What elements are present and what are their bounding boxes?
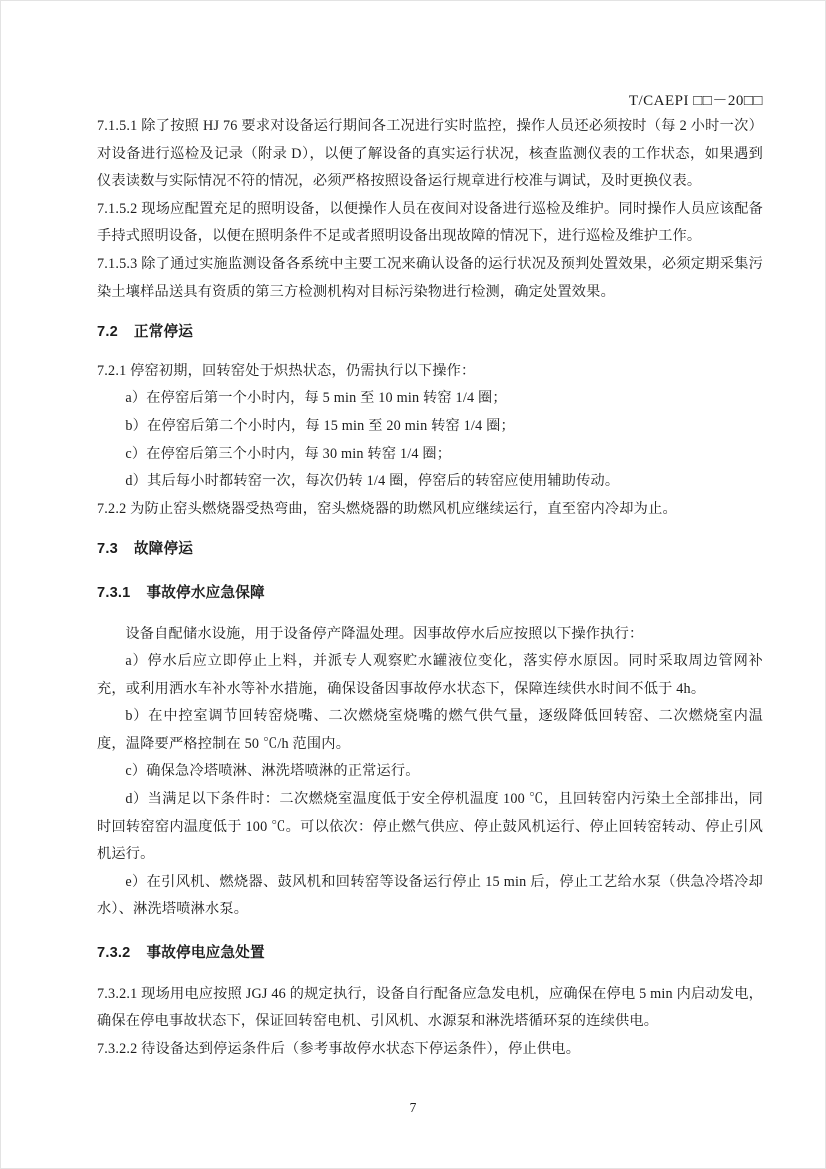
paragraph-water-intro: 设备自配储水设施，用于设备停产降温处理。因事故停水后应按照以下操作执行：: [97, 621, 763, 649]
heading-title: 事故停水应急保障: [146, 585, 264, 601]
page-header: T/CAEPI □□－20□□: [97, 89, 763, 110]
heading-number: 7.2: [97, 324, 118, 340]
page-number: 7: [410, 1100, 417, 1115]
list-item-a: a）停水后应立即停止上料，并派专人观察贮水罐液位变化，落实停水原因。同时采取周边…: [97, 648, 763, 703]
list-item-b: b）在中控室调节回转窑烧嘴、二次燃烧室烧嘴的燃气供气量，逐级降低回转窑、二次燃烧…: [97, 703, 763, 758]
list-item-c: c）在停窑后第三个小时内，每 30 min 转窑 1/4 圈；: [97, 441, 763, 469]
list-item-b: b）在停窑后第二个小时内，每 15 min 至 20 min 转窑 1/4 圈；: [97, 413, 763, 441]
list-item-c: c）确保急冷塔喷淋、淋洗塔喷淋的正常运行。: [97, 758, 763, 786]
paragraph-7-1-5-3: 7.1.5.3 除了通过实施监测设备各系统中主要工况来确认设备的运行状况及预判处…: [97, 251, 763, 306]
heading-title: 事故停电应急处置: [146, 945, 264, 961]
heading-title: 正常停运: [134, 324, 193, 340]
heading-number: 7.3.2: [97, 945, 130, 961]
heading-7-2: 7.2正常停运: [97, 319, 763, 347]
list-item-e: e）在引风机、燃烧器、鼓风机和回转窑等设备运行停止 15 min 后，停止工艺给…: [97, 869, 763, 924]
paragraph-7-1-5-1: 7.1.5.1 除了按照 HJ 76 要求对设备运行期间各工况进行实时监控，操作…: [97, 113, 763, 196]
heading-number: 7.3: [97, 541, 118, 557]
paragraph-7-1-5-2: 7.1.5.2 现场应配置充足的照明设备，以便操作人员在夜间对设备进行巡检及维护…: [97, 196, 763, 251]
document-page: T/CAEPI □□－20□□ 7.1.5.1 除了按照 HJ 76 要求对设备…: [0, 0, 826, 1169]
heading-7-3-2: 7.3.2事故停电应急处置: [97, 940, 763, 968]
list-item-d: d）当满足以下条件时：二次燃烧室温度低于安全停机温度 100 ℃，且回转窑内污染…: [97, 786, 763, 869]
paragraph-7-3-2-2: 7.3.2.2 待设备达到停运条件后（参考事故停水状态下停运条件），停止供电。: [97, 1036, 763, 1064]
list-item-a: a）在停窑后第一个小时内，每 5 min 至 10 min 转窑 1/4 圈；: [97, 385, 763, 413]
heading-7-3-1: 7.3.1事故停水应急保障: [97, 580, 763, 608]
list-item-d: d）其后每小时都转窑一次，每次仍转 1/4 圈，停窑后的转窑应使用辅助传动。: [97, 468, 763, 496]
paragraph-7-3-2-1: 7.3.2.1 现场用电应按照 JGJ 46 的规定执行，设备自行配备应急发电机…: [97, 981, 763, 1036]
heading-number: 7.3.1: [97, 585, 130, 601]
standard-number: T/CAEPI □□－20□□: [629, 93, 763, 109]
heading-7-3: 7.3故障停运: [97, 536, 763, 564]
heading-title: 故障停运: [134, 541, 193, 557]
paragraph-7-2-2: 7.2.2 为防止窑头燃烧器受热弯曲，窑头燃烧器的助燃风机应继续运行，直至窑内冷…: [97, 496, 763, 524]
document-body: 7.1.5.1 除了按照 HJ 76 要求对设备运行期间各工况进行实时监控，操作…: [97, 113, 763, 1063]
paragraph-7-2-1: 7.2.1 停窑初期，回转窑处于炽热状态，仍需执行以下操作：: [97, 358, 763, 386]
page-footer: 7: [1, 1100, 825, 1116]
